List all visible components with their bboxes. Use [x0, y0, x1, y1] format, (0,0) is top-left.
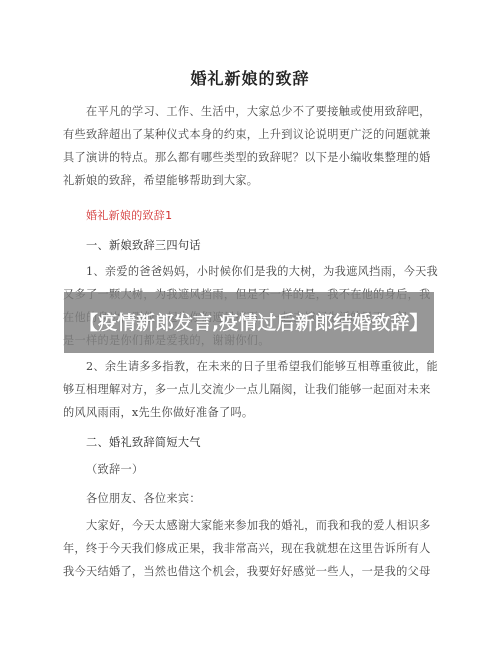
document-page: 婚礼新娘的致辞 在平凡的学习、工作、生活中，大家总少不了要接触或使用致辞吧， 有…	[0, 0, 500, 647]
speech-greeting: 各位朋友、各位来宾：	[86, 490, 201, 506]
item-2-line: 够互相理解对方，多一点儿交流少一点儿隔阂，让我们能够一起面对未来	[63, 378, 439, 401]
section-heading-2: 二、婚礼致辞简短大气	[86, 434, 201, 450]
speech-line: 大家好，今天太感谢大家能来参加我的婚礼，而我和我的爱人相识多	[63, 514, 439, 537]
section-heading-1: 一、新娘致辞三四句话	[86, 237, 201, 253]
item-1-line: 1、亲爱的爸爸妈妈，小时候你们是我的大树，为我遮风挡雨，今天我	[63, 260, 439, 283]
speech-label: （致辞一）	[86, 461, 143, 477]
intro-line: 在平凡的学习、工作、生活中，大家总少不了要接触或使用致辞吧，	[63, 100, 439, 123]
intro-paragraph: 在平凡的学习、工作、生活中，大家总少不了要接触或使用致辞吧， 有些致辞超出了某种…	[63, 100, 439, 192]
speech-line: 我今天结婚了，当然也借这个机会，我要好好感觉一些人，一是我的父母	[63, 560, 439, 583]
section-red-heading: 婚礼新娘的致辞1	[86, 207, 172, 223]
intro-line: 有些致辞超出了某种仪式本身的约束，上升到议论说明更广泛的问题就兼	[63, 123, 439, 146]
intro-line: 具了演讲的特点。那么都有哪些类型的致辞呢？以下是小编收集整理的婚	[63, 146, 439, 169]
title-overlay-banner: 【疫情新郎发言,疫情过后新郎结婚致辞】	[64, 292, 434, 353]
document-title: 婚礼新娘的致辞	[0, 66, 500, 89]
item-2-paragraph: 2、余生请多多指教，在未来的日子里希望我们能够互相尊重彼此，能 够互相理解对方，…	[63, 355, 439, 424]
speech-line: 年，终于今天我们修成正果，我非常高兴，现在我就想在这里告诉所有人	[63, 537, 439, 560]
intro-line: 礼新娘的致辞，希望能够帮助到大家。	[63, 169, 439, 192]
item-2-line: 2、余生请多多指教，在未来的日子里希望我们能够互相尊重彼此，能	[63, 355, 439, 378]
banner-title: 【疫情新郎发言,疫情过后新郎结婚致辞】	[79, 311, 419, 335]
speech-paragraph: 大家好，今天太感谢大家能来参加我的婚礼，而我和我的爱人相识多 年，终于今天我们修…	[63, 514, 439, 583]
item-2-line: 的风风雨雨，x先生你做好准备了吗。	[63, 401, 439, 424]
